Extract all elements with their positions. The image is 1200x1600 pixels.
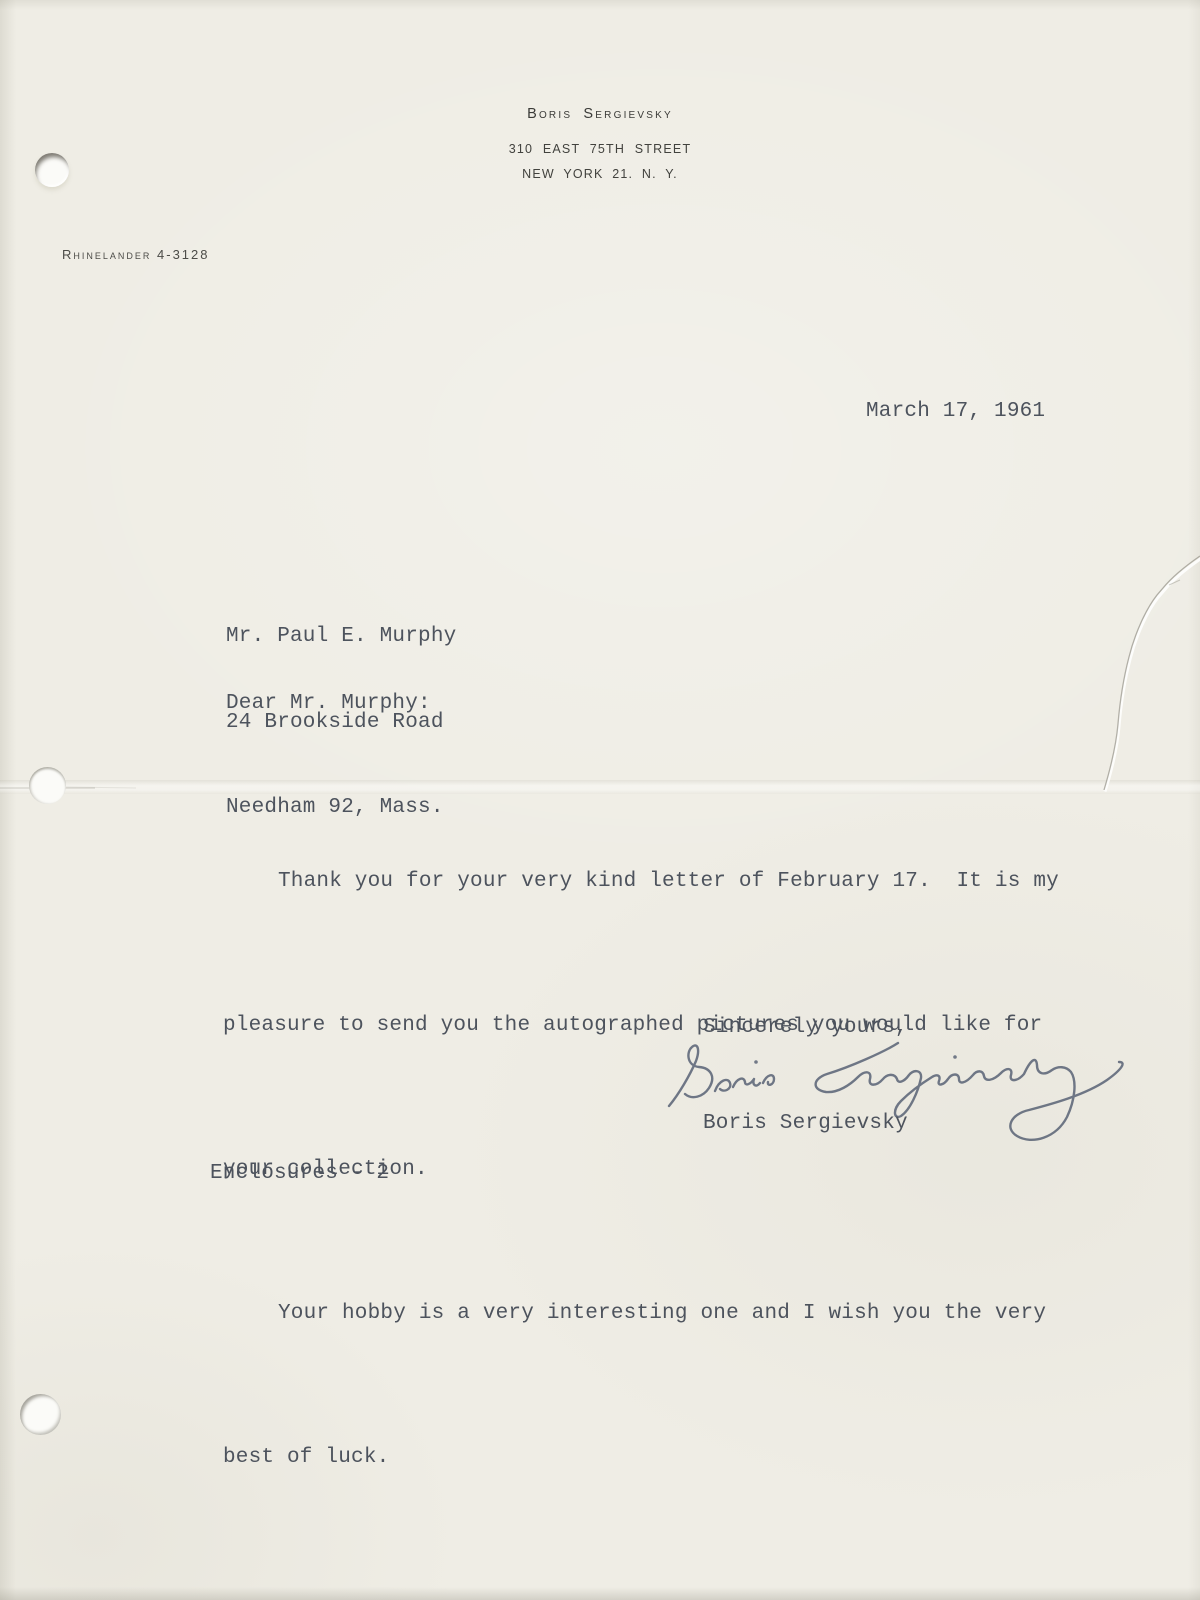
letterhead-phone: Rhinelander 4-3128 [62, 247, 210, 262]
punch-hole-bottom [20, 1394, 61, 1435]
signature-boris-stroke [669, 1045, 774, 1106]
letterhead-street: 310 EAST 75TH STREET [0, 142, 1200, 156]
punch-hole-middle [29, 767, 66, 804]
letter-page: Boris Sergievsky 310 EAST 75TH STREET NE… [0, 0, 1200, 1600]
body-line: Your hobby is a very interesting one and… [223, 1290, 1059, 1338]
punch-hole-top [35, 153, 69, 187]
typed-signature-name: Boris Sergievsky [703, 1110, 908, 1139]
letter-date: March 17, 1961 [866, 398, 1045, 427]
signature-i-dot [953, 1055, 957, 1059]
letterhead-city: NEW YORK 21. N. Y. [0, 167, 1200, 181]
enclosures-note: Enclosures - 2 [210, 1160, 389, 1189]
salutation: Dear Mr. Murphy: [226, 690, 431, 719]
fold-crease [0, 780, 1200, 794]
signature-i-dot [754, 1060, 758, 1064]
body-line: Thank you for your very kind letter of F… [223, 858, 1059, 906]
recipient-name: Mr. Paul E. Murphy [226, 623, 456, 652]
letterhead-name: Boris Sergievsky [0, 106, 1200, 122]
body-line: best of luck. [223, 1434, 1059, 1482]
